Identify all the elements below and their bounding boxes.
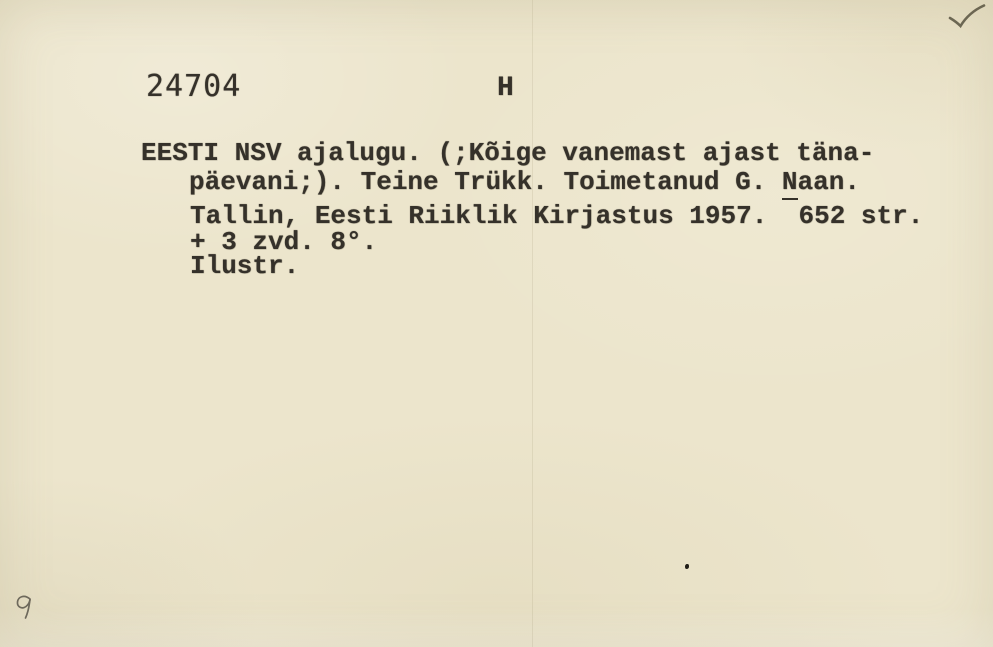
heading-letter: H [497, 74, 514, 104]
entry-line-2-suffix: aan. [798, 167, 860, 197]
entry-title-line-1: EESTI NSV ajalugu. (;Kõige vanemast ajas… [141, 138, 874, 168]
catalog-card: 24704 H EESTI NSV ajalugu. (;Kõige vanem… [0, 0, 993, 647]
entry-illustration-note: Ilustr. [190, 251, 299, 281]
check-mark-icon [944, 2, 988, 35]
scan-fold-line [532, 0, 533, 647]
ink-speck [685, 564, 689, 569]
entry-line-2-prefix: päevani;). Teine Trükk. Toimetanud G. [189, 167, 782, 197]
author-underlined-initial: N [782, 167, 798, 200]
card-number: 24704 [146, 72, 241, 102]
handwritten-a-icon [14, 592, 40, 631]
entry-title-line-2: päevani;). Teine Trükk. Toimetanud G. Na… [189, 167, 860, 197]
